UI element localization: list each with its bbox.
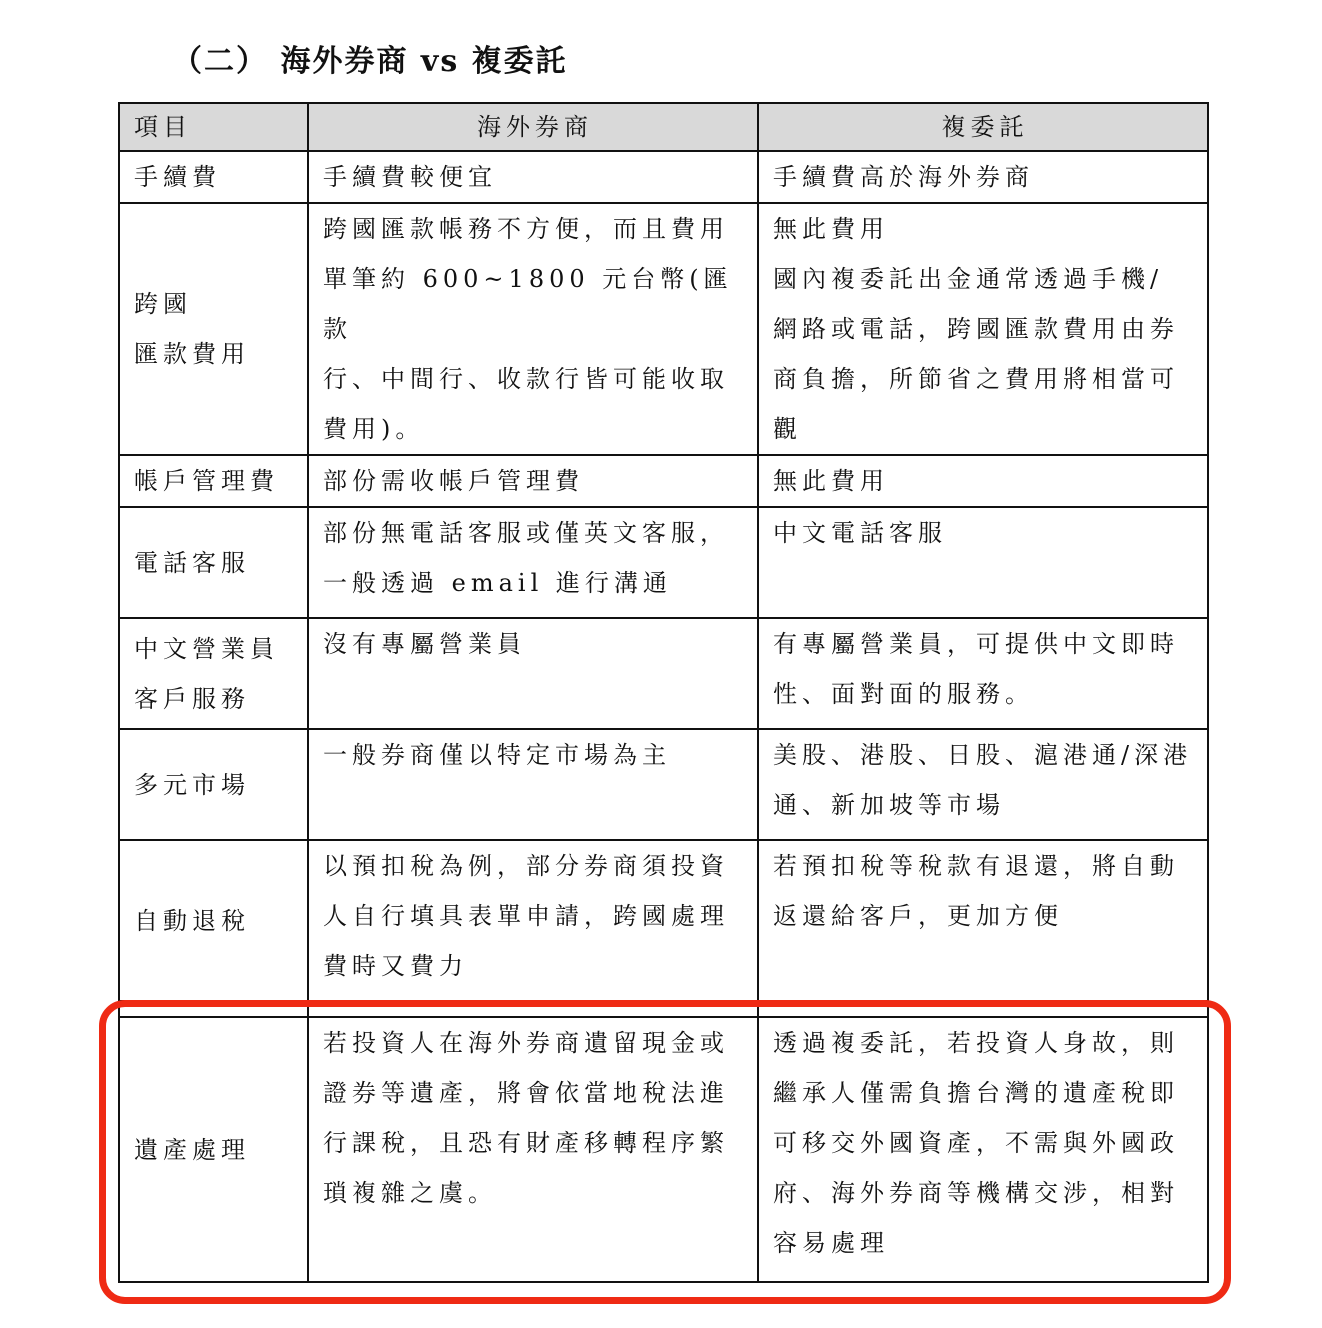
cell-line: 行、中間行、收款行皆可能收取	[323, 354, 747, 404]
table-row-chinese-sales: 中文營業員 客戶服務 沒有專屬營業員 有專屬營業員，可提供中文即時 性、面對面的…	[119, 618, 1208, 729]
row-label: 跨國 匯款費用	[119, 203, 308, 455]
table-row-tax-refund: 自動退稅 以預扣稅為例，部分券商須投資 人自行填具表單申請，跨國處理 費時又費力…	[119, 840, 1208, 1001]
cell-overseas: 跨國匯款帳務不方便，而且費用 單筆約 600~1800 元台幣(匯款 行、中間行…	[308, 203, 758, 455]
label-line: 遺產處理	[134, 1125, 297, 1175]
cell-line: 手續費較便宜	[323, 152, 747, 202]
cell-subbrokerage: 美股、港股、日股、滬港通/深港 通、新加坡等市場	[758, 729, 1208, 840]
cell-subbrokerage: 透過複委託，若投資人身故，則 繼承人僅需負擔台灣的遺產稅即 可移交外國資產，不需…	[758, 1017, 1208, 1282]
cell-subbrokerage: 中文電話客服	[758, 507, 1208, 618]
table-gap-row	[119, 1001, 1208, 1017]
label-line: 中文營業員	[134, 624, 297, 674]
cell-line: 透過複委託，若投資人身故，則	[773, 1018, 1197, 1068]
label-line: 帳戶管理費	[134, 456, 297, 506]
cell-line: 有專屬營業員，可提供中文即時	[773, 619, 1197, 669]
table-row-fee: 手續費 手續費較便宜 手續費高於海外券商	[119, 151, 1208, 203]
header-sub-brokerage: 複委託	[758, 103, 1208, 151]
gap-cell	[758, 1001, 1208, 1017]
cell-overseas: 一般券商僅以特定市場為主	[308, 729, 758, 840]
cell-line: 瑣複雜之虞。	[323, 1168, 747, 1218]
label-line: 自動退稅	[134, 896, 297, 946]
label-line: 電話客服	[134, 538, 297, 588]
row-label: 多元市場	[119, 729, 308, 840]
cell-overseas: 部份需收帳戶管理費	[308, 455, 758, 507]
row-label: 遺產處理	[119, 1017, 308, 1282]
row-label: 自動退稅	[119, 840, 308, 1001]
cell-line: 若預扣稅等稅款有退還，將自動	[773, 841, 1197, 891]
cell-subbrokerage: 無此費用	[758, 455, 1208, 507]
label-line: 跨國	[134, 279, 297, 329]
cell-line: 返還給客戶，更加方便	[773, 891, 1197, 941]
header-item: 項目	[119, 103, 308, 151]
table-header-row: 項目 海外券商 複委託	[119, 103, 1208, 151]
section-title: （二） 海外券商 vs 複委託	[172, 36, 568, 80]
label-line: 匯款費用	[134, 329, 297, 379]
table-row-account-fee: 帳戶管理費 部份需收帳戶管理費 無此費用	[119, 455, 1208, 507]
header-overseas-broker: 海外券商	[308, 103, 758, 151]
gap-cell	[119, 1001, 308, 1017]
cell-subbrokerage: 若預扣稅等稅款有退還，將自動 返還給客戶，更加方便	[758, 840, 1208, 1001]
cell-line: 行課稅，且恐有財產移轉程序繁	[323, 1118, 747, 1168]
cell-line: 沒有專屬營業員	[323, 619, 747, 669]
cell-overseas: 手續費較便宜	[308, 151, 758, 203]
cell-subbrokerage: 手續費高於海外券商	[758, 151, 1208, 203]
cell-line: 無此費用	[773, 204, 1197, 254]
label-line: 手續費	[134, 152, 297, 202]
cell-line: 觀	[773, 404, 1197, 454]
cell-line: 證券等遺產，將會依當地稅法進	[323, 1068, 747, 1118]
cell-overseas: 若投資人在海外券商遺留現金或 證券等遺產，將會依當地稅法進 行課稅，且恐有財產移…	[308, 1017, 758, 1282]
cell-line: 通、新加坡等市場	[773, 780, 1197, 830]
cell-line: 一般透過 email 進行溝通	[323, 558, 747, 608]
cell-line: 網路或電話，跨國匯款費用由券	[773, 304, 1197, 354]
row-label: 帳戶管理費	[119, 455, 308, 507]
cell-line: 部份需收帳戶管理費	[323, 456, 747, 506]
cell-line: 以預扣稅為例，部分券商須投資	[323, 841, 747, 891]
cell-overseas: 以預扣稅為例，部分券商須投資 人自行填具表單申請，跨國處理 費時又費力	[308, 840, 758, 1001]
cell-line: 繼承人僅需負擔台灣的遺產稅即	[773, 1068, 1197, 1118]
cell-line: 一般券商僅以特定市場為主	[323, 730, 747, 780]
row-label: 中文營業員 客戶服務	[119, 618, 308, 729]
cell-line: 單筆約 600~1800 元台幣(匯款	[323, 254, 747, 354]
label-line: 多元市場	[134, 760, 297, 810]
cell-line: 性、面對面的服務。	[773, 669, 1197, 719]
cell-line: 無此費用	[773, 456, 1197, 506]
row-label: 電話客服	[119, 507, 308, 618]
cell-overseas: 部份無電話客服或僅英文客服， 一般透過 email 進行溝通	[308, 507, 758, 618]
table-row-remittance: 跨國 匯款費用 跨國匯款帳務不方便，而且費用 單筆約 600~1800 元台幣(…	[119, 203, 1208, 455]
gap-cell	[308, 1001, 758, 1017]
cell-line: 府、海外券商等機構交涉，相對	[773, 1168, 1197, 1218]
table-row-phone-support: 電話客服 部份無電話客服或僅英文客服， 一般透過 email 進行溝通 中文電話…	[119, 507, 1208, 618]
cell-line: 手續費高於海外券商	[773, 152, 1197, 202]
cell-line: 跨國匯款帳務不方便，而且費用	[323, 204, 747, 254]
cell-overseas: 沒有專屬營業員	[308, 618, 758, 729]
table-row-estate: 遺產處理 若投資人在海外券商遺留現金或 證券等遺產，將會依當地稅法進 行課稅，且…	[119, 1017, 1208, 1282]
cell-line: 國內複委託出金通常透過手機/	[773, 254, 1197, 304]
cell-line: 費時又費力	[323, 941, 747, 991]
comparison-table: 項目 海外券商 複委託 手續費 手續費較便宜 手續費高於海外券商 跨國 匯款費用…	[118, 102, 1209, 1283]
cell-subbrokerage: 無此費用 國內複委託出金通常透過手機/ 網路或電話，跨國匯款費用由券 商負擔，所…	[758, 203, 1208, 455]
cell-line: 部份無電話客服或僅英文客服，	[323, 508, 747, 558]
row-label: 手續費	[119, 151, 308, 203]
table-row-markets: 多元市場 一般券商僅以特定市場為主 美股、港股、日股、滬港通/深港 通、新加坡等…	[119, 729, 1208, 840]
cell-subbrokerage: 有專屬營業員，可提供中文即時 性、面對面的服務。	[758, 618, 1208, 729]
cell-line: 費用)。	[323, 404, 747, 454]
cell-line: 可移交外國資產，不需與外國政	[773, 1118, 1197, 1168]
cell-line: 若投資人在海外券商遺留現金或	[323, 1018, 747, 1068]
cell-line: 容易處理	[773, 1218, 1197, 1268]
label-line: 客戶服務	[134, 674, 297, 724]
cell-line: 美股、港股、日股、滬港通/深港	[773, 730, 1197, 780]
cell-line: 商負擔，所節省之費用將相當可	[773, 354, 1197, 404]
cell-line: 人自行填具表單申請，跨國處理	[323, 891, 747, 941]
cell-line: 中文電話客服	[773, 508, 1197, 558]
